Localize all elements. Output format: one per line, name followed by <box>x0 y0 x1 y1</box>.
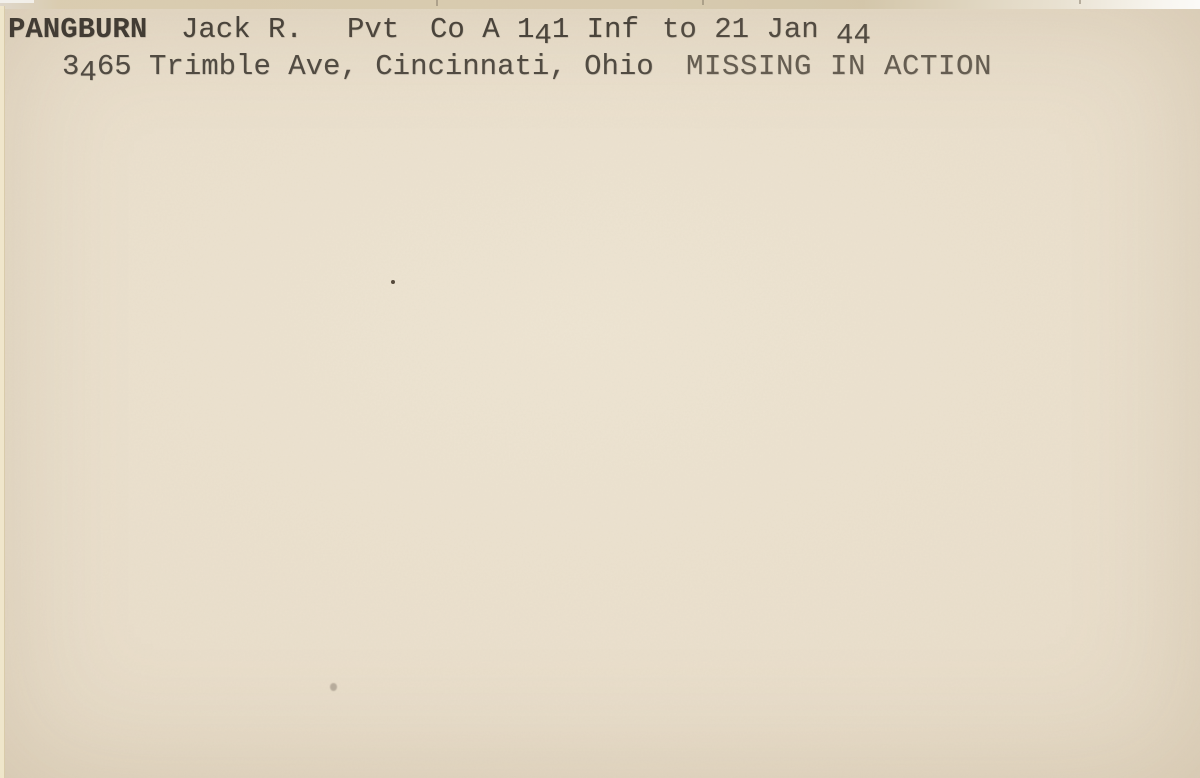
home-address: 3465 Trimble Ave, Cincinnati, Ohio <box>62 52 654 81</box>
casualty-status: MISSING IN ACTION <box>686 52 992 81</box>
index-card-scan: PANGBURN Jack R. Pvt Co A 141 Inf to 21 … <box>0 0 1200 778</box>
soldier-given-name: Jack R. <box>181 15 303 44</box>
soldier-rank: Pvt <box>347 15 399 44</box>
scan-artifact-tick <box>1079 0 1081 4</box>
scan-artifact-tick <box>702 0 704 5</box>
typed-line-1: PANGBURN Jack R. Pvt Co A 141 Inf to 21 … <box>0 15 1200 49</box>
paper-grain-texture <box>0 0 1200 778</box>
soldier-unit: Co A 141 Inf <box>430 15 639 44</box>
date-note: to 21 Jan 44 <box>662 15 871 44</box>
scan-top-band <box>0 0 1200 9</box>
scan-artifact-tick <box>436 0 438 6</box>
paper-smudge <box>330 683 337 691</box>
soldier-surname: PANGBURN <box>8 15 147 44</box>
scan-top-corner-notch <box>0 0 34 3</box>
paper-speck <box>391 280 395 284</box>
typed-line-2: 3465 Trimble Ave, Cincinnati, Ohio MISSI… <box>0 52 1200 86</box>
